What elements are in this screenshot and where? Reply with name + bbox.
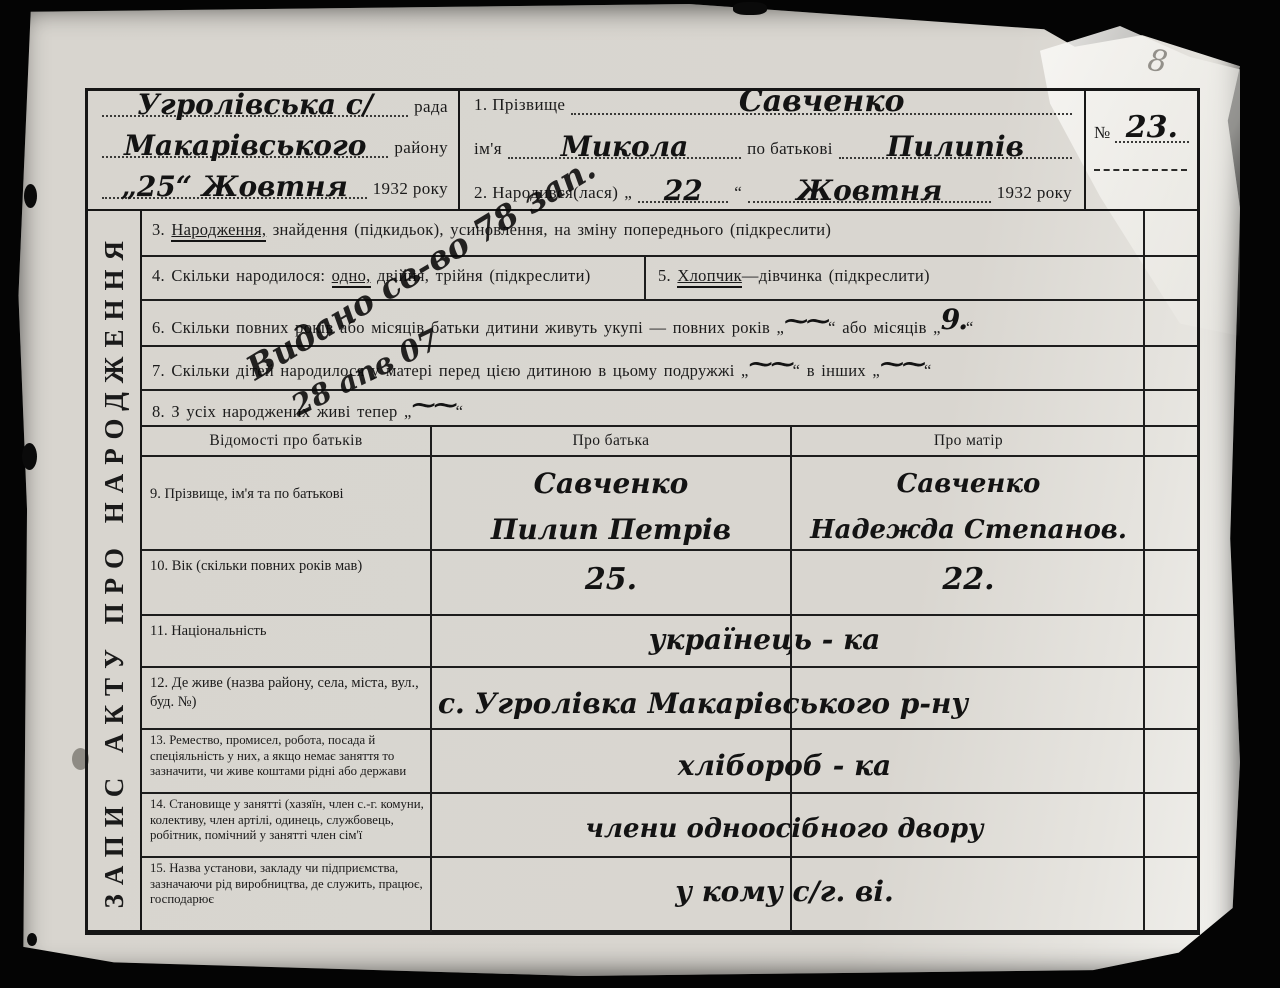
scan-speck <box>24 184 37 208</box>
field-8-dash-handwriting: ⁓⁓ <box>412 393 456 417</box>
father-name-handwriting: Пилип Петрів <box>432 516 790 544</box>
form-title-vertical: ЗАПИС АКТУ ПРО НАРОДЖЕННЯ <box>99 232 130 908</box>
mother-name-handwriting: Надежда Степанов. <box>792 517 1145 543</box>
occupation-handwriting: хлібороб - ка <box>442 752 1127 780</box>
registration-date-line: „25“ Жовтня <box>102 187 367 199</box>
field-13-label: 13. Ремество, промисел, робота, посада й… <box>142 730 432 792</box>
mother-name-cell: Савченко Надежда Степанов. <box>792 457 1197 549</box>
field-5-underlined: Хлопчик <box>677 266 741 288</box>
field-8-text-b: “ <box>456 402 464 421</box>
birth-day-handwriting: 22 <box>638 177 728 205</box>
field-7-dash2-handwriting: ⁓⁓ <box>880 352 924 376</box>
registration-date-handwriting: „25“ Жовтня <box>102 173 367 201</box>
record-number-line: 23. <box>1115 131 1189 143</box>
patronymic-handwriting: Пилипів <box>839 133 1072 161</box>
field-9-row: 9. Прізвище, ім'я та по батькові Савченк… <box>142 457 1197 551</box>
field-5-cell: 5. Хлопчик—дівчинка (підкреслити) <box>646 257 1197 299</box>
father-age-handwriting: 25. <box>585 562 637 597</box>
field-7-text-c: “ <box>924 361 932 380</box>
council-suffix-label: рада <box>414 97 448 117</box>
field-10-row: 10. Вік (скільки повних років мав) 25. 2… <box>142 551 1197 616</box>
surname-line: Савченко <box>571 103 1072 115</box>
close-quote: “ <box>734 183 742 203</box>
field-11-row: 11. Національність українець - ка <box>142 616 1197 668</box>
father-surname-handwriting: Савченко <box>432 470 790 498</box>
field-13-row: 13. Ремество, промисел, робота, посада й… <box>142 730 1197 794</box>
patronymic-label: по батькові <box>747 139 833 159</box>
surname-label: 1. Прізвище <box>474 95 565 115</box>
nationality-handwriting: українець - ка <box>402 626 1127 654</box>
field-9-label: 9. Прізвище, ім'я та по батькові <box>142 457 432 549</box>
field-5-number: 5. <box>658 266 671 285</box>
parents-info-header: Відомості про батьків <box>142 427 432 455</box>
field-8-number: 8. <box>152 402 165 421</box>
mother-surname-handwriting: Савченко <box>792 471 1145 497</box>
institution-handwriting: у кому с/г. ві. <box>442 878 1127 906</box>
open-quote: „ <box>624 183 632 203</box>
district-name-handwriting: Макарівського <box>102 132 388 160</box>
field-4-number: 4. <box>152 266 165 285</box>
number-box-divider <box>1094 169 1187 171</box>
field-6-number: 6. <box>152 318 165 337</box>
field-3-row: 3. Народження, знайдення (підкидьок), ус… <box>142 211 1197 257</box>
field-11-label: 11. Національність <box>142 616 432 666</box>
field-5-text: —дівчинка (підкреслити) <box>742 266 930 285</box>
field-6-months-handwriting: 9. <box>941 306 966 334</box>
district-suffix-label: району <box>394 138 448 158</box>
surname-handwriting: Савченко <box>571 87 1072 117</box>
council-box: Угролівська с/ рада Макарівського району… <box>88 91 458 209</box>
field-14-label: 14. Становище у занятті (хазяїн, член с.… <box>142 794 432 856</box>
council-name-handwriting: Угролівська с/ <box>102 91 408 119</box>
given-name-handwriting: Микола <box>508 133 741 161</box>
field-4-5-row: 4. Скільки народилося: одно, двійня, трі… <box>142 257 1197 301</box>
mother-column-header: Про матір <box>792 427 1197 455</box>
record-number-label: № <box>1094 123 1111 143</box>
form-body: ЗАПИС АКТУ ПРО НАРОДЖЕННЯ 3. Народження,… <box>88 211 1197 930</box>
field-7-text-b: “ в інших „ <box>793 361 880 380</box>
birth-day-line: 22 <box>638 191 728 203</box>
patronymic-line: Пилипів <box>839 147 1072 159</box>
field-8-text-a: З усіх народжених живі тепер „ <box>165 402 412 421</box>
field-12-label: 12. Де живе (назва району, села, міста, … <box>142 668 432 728</box>
employment-status-handwriting: члени одноосібного двору <box>442 816 1127 842</box>
given-name-line: Микола <box>508 147 741 159</box>
form-header: Угролівська с/ рада Макарівського району… <box>88 91 1197 211</box>
birth-month-line: Жовтня <box>748 191 990 203</box>
field-10-label: 10. Вік (скільки повних років мав) <box>142 551 432 614</box>
field-3-text: знайдення (підкидьок), усиновлення, на з… <box>266 220 831 239</box>
birth-record-form: Угролівська с/ рада Макарівського району… <box>85 88 1200 935</box>
field-6-dash-handwriting: ⁓⁓ <box>784 309 828 333</box>
field-3-number: 3. <box>152 220 165 239</box>
scan-speck <box>22 443 37 470</box>
field-12-row: 12. Де живе (назва району, села, міста, … <box>142 668 1197 730</box>
council-name-line: Угролівська с/ <box>102 105 408 117</box>
record-number-box: № 23. <box>1086 91 1197 209</box>
field-15-label: 15. Назва установи, закладу чи підприємс… <box>142 858 432 932</box>
mother-age-cell: 22. <box>792 551 1197 614</box>
field-6-text-c: “ <box>966 318 974 337</box>
field-15-row: 15. Назва установи, закладу чи підприємс… <box>142 858 1197 932</box>
birth-year-label: 1932 року <box>997 183 1072 203</box>
field-14-row: 14. Становище у занятті (хазяїн, член с.… <box>142 794 1197 858</box>
given-name-label: ім'я <box>474 139 502 159</box>
district-name-line: Макарівського <box>102 146 388 158</box>
field-4-pre: Скільки народилося: <box>165 266 332 285</box>
scanned-birth-record: 8 Угролівська с/ рада Макарівського райо… <box>0 0 1280 988</box>
mother-age-handwriting: 22. <box>942 562 994 597</box>
vertical-title-strip: ЗАПИС АКТУ ПРО НАРОДЖЕННЯ <box>88 211 142 930</box>
field-6-text-a: Скільки повних років або місяців батьки … <box>165 318 784 337</box>
father-column-header: Про батька <box>432 427 792 455</box>
father-age-cell: 25. <box>432 551 792 614</box>
residence-handwriting: с. Угролівка Макарівського р-ну <box>438 690 1127 718</box>
record-number-handwriting: 23. <box>1115 113 1189 143</box>
field-7-number: 7. <box>152 361 165 380</box>
year-suffix-label: 1932 року <box>373 179 448 199</box>
birth-month-handwriting: Жовтня <box>748 177 990 205</box>
father-name-cell: Савченко Пилип Петрів <box>432 457 792 549</box>
field-7-dash1-handwriting: ⁓⁓ <box>749 352 793 376</box>
scan-speck <box>27 933 37 946</box>
field-6-text-b: “ або місяців „ <box>828 318 941 337</box>
field-3-underlined: Народження, <box>171 220 266 242</box>
parents-table-header: Відомості про батьків Про батька Про мат… <box>142 427 1197 457</box>
scan-speck <box>733 2 767 15</box>
